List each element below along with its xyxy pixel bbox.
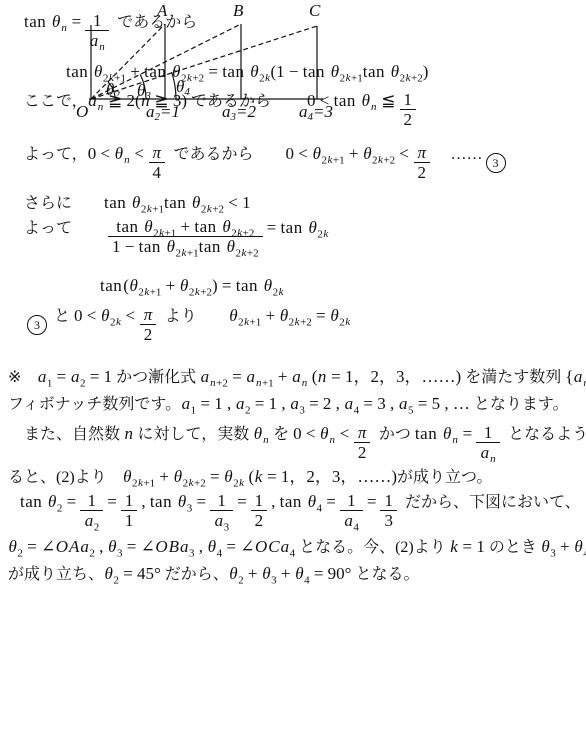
text-run: に対して，実数 (134, 425, 254, 446)
point-A-label: A (156, 1, 168, 20)
math-run: tan θn = (415, 423, 472, 445)
text-run: となります。 (470, 395, 569, 416)
note-fibonacci-2: フィボナッチ数列です。a1 = 1 , a2 = 1 , a3 = 2 , a4… (8, 393, 569, 416)
text-run: と (50, 307, 74, 328)
fraction: 13 (380, 491, 397, 530)
circled-number: 3 (27, 315, 47, 335)
text-run: だから、 (161, 565, 229, 586)
product-less-than-one: さらに tan θ2k+1tan θ2k+2 < 1 (24, 192, 251, 215)
text-run: を (269, 425, 293, 446)
math-run: (n = 1，2，3，……) (312, 366, 461, 388)
note-angle-sum: が成り立ち、θ2 = 45° だから、θ2 + θ3 + θ4 = 90° とな… (8, 563, 419, 586)
math-run: , tan θ4 = (271, 491, 336, 513)
text-run: よって (24, 219, 104, 240)
text-run: のとき (485, 538, 541, 559)
math-run: tan θ2k+1tan θ2k+2 < 1 (104, 192, 251, 214)
math-run: = (237, 491, 247, 513)
math-run: 0 < θn < (88, 143, 144, 165)
theta4-label: θ4 (176, 77, 190, 98)
fraction: tan θ2k+1 + tan θ2k+21 − tan θ2k+1tan θ2… (108, 217, 263, 256)
math-run: 0 < θ2k+1 + θ2k+2 < (286, 143, 409, 165)
tangent-addition-fraction: よって tan θ2k+1 + tan θ2k+21 − tan θ2k+1ta… (24, 217, 329, 256)
text-run: だから、下図において、 (401, 493, 581, 514)
ray-OA (91, 24, 165, 99)
math-run: 0 < θn < (293, 423, 349, 445)
math-run: 0 < θ2k < (74, 305, 135, 327)
note-theta-def-2: ると、(2)より θ2k+1 + θ2k+2 = θ2k (k = 1，2，3，… (8, 466, 492, 489)
math-run: θ2 + θ3 + θ4 = 90° (229, 563, 352, 585)
tan-sum-equality: tan(θ2k+1 + θ2k+2) = tan θ2k (100, 275, 284, 297)
math-run: an+2 = an+1 + an (200, 366, 308, 388)
math-run: a1 = 1 , a2 = 1 , a3 = 2 , a4 = 3 , a5 =… (181, 393, 470, 415)
math-run: n (124, 423, 134, 445)
text-run: を満たす数列 (461, 368, 565, 389)
math-run: , tan θ3 = (141, 491, 206, 513)
math-run: θn (253, 423, 269, 445)
text-run: より (161, 307, 229, 328)
text-run: となるように定め (504, 425, 586, 446)
math-run: θ2k+1 + θ2k+2 = θ2k (229, 305, 351, 327)
document-page: tan θn =1an であるから tan θ2k+1 + tan θ2k+2 … (0, 0, 586, 735)
math-run: θ3 + θ4 = θ2 (541, 536, 586, 558)
text-run: となる。 (351, 565, 419, 586)
a3-value-label: a3=2 (222, 102, 256, 123)
text-run: かつ漸化式 (112, 368, 200, 389)
fraction: 12 (251, 491, 268, 530)
math-run: = tan θ2k (267, 217, 329, 239)
text-run: また、自然数 (8, 425, 124, 446)
note-angle-identification: θ2 = ∠OAa2 , θ3 = ∠OBa3 , θ4 = ∠OCa4 となる… (8, 536, 586, 559)
fraction: 1a3 (210, 491, 233, 530)
text-run: であるから (170, 145, 286, 166)
text-run: ※ (8, 368, 37, 389)
note-fibonacci-1: ※ a1 = a2 = 1 かつ漸化式 an+2 = an+1 + an (n … (8, 366, 586, 389)
note-theta-def-1: また、自然数 n に対して，実数 θn を 0 < θn <π2 かつ tan … (8, 423, 586, 462)
angle-diagram: O A B C θ2 θ3 θ4 a2=1 a3=2 a4=3 (0, 0, 586, 137)
point-C-label: C (309, 1, 321, 20)
theta-sum-conclusion: 3 と 0 < θ2k <π2 より θ2k+1 + θ2k+2 = θ2k (24, 305, 351, 344)
text-run: …… (435, 145, 483, 166)
a4-value-label: a4=3 (299, 102, 333, 123)
text-run: が成り立つ。 (397, 468, 492, 489)
text-run: フィボナッチ数列です。 (8, 395, 181, 416)
theta2-label: θ2 (106, 80, 120, 101)
math-run: a1 = a2 = 1 (37, 366, 112, 388)
math-run: = (107, 491, 117, 513)
fraction: π4 (148, 143, 166, 182)
math-run: tan(θ2k+1 + θ2k+2) = tan θ2k (100, 275, 284, 297)
text-run: さらに (24, 194, 104, 215)
fraction: 1a2 (80, 491, 103, 530)
origin-label: O (76, 102, 88, 121)
a2-value-label: a2=1 (146, 102, 180, 123)
math-run: θ2 = 45° (104, 563, 161, 585)
fraction: π2 (413, 143, 431, 182)
fraction: 1a4 (340, 491, 363, 530)
math-run: {an} (565, 366, 586, 388)
math-run: θ2 = ∠OAa2 , θ3 = ∠OBa3 , θ4 = ∠OCa4 (8, 536, 295, 558)
math-run: k = 1 (450, 536, 485, 558)
fraction: π2 (353, 423, 371, 462)
math-run: (k = 1，2，3，……) (249, 466, 397, 488)
note-tan-values: tan θ2 =1a2=11, tan θ3 =1a3=12, tan θ4 =… (20, 491, 581, 530)
math-run: tan θ2 = (20, 491, 76, 513)
ray-OC (91, 26, 317, 99)
math-run: θ2k+1 + θ2k+2 = θ2k (123, 466, 245, 488)
text-run: かつ (375, 425, 415, 446)
fraction: 1an (476, 423, 500, 462)
theta3-label: θ3 (137, 81, 151, 102)
text-run: ると、(2)より (8, 468, 123, 489)
fraction: π2 (139, 305, 157, 344)
fraction: 11 (121, 491, 138, 530)
point-B-label: B (233, 1, 244, 20)
circled-number: 3 (486, 153, 506, 173)
text-run: よって， (24, 145, 88, 166)
text-run: が成り立ち、 (8, 565, 104, 586)
bound-on-theta-sum: よって，0 < θn <π4 であるから 0 < θ2k+1 + θ2k+2 <… (24, 143, 509, 182)
math-run: = (367, 491, 377, 513)
text-run: となる。今、(2)より (295, 538, 450, 559)
